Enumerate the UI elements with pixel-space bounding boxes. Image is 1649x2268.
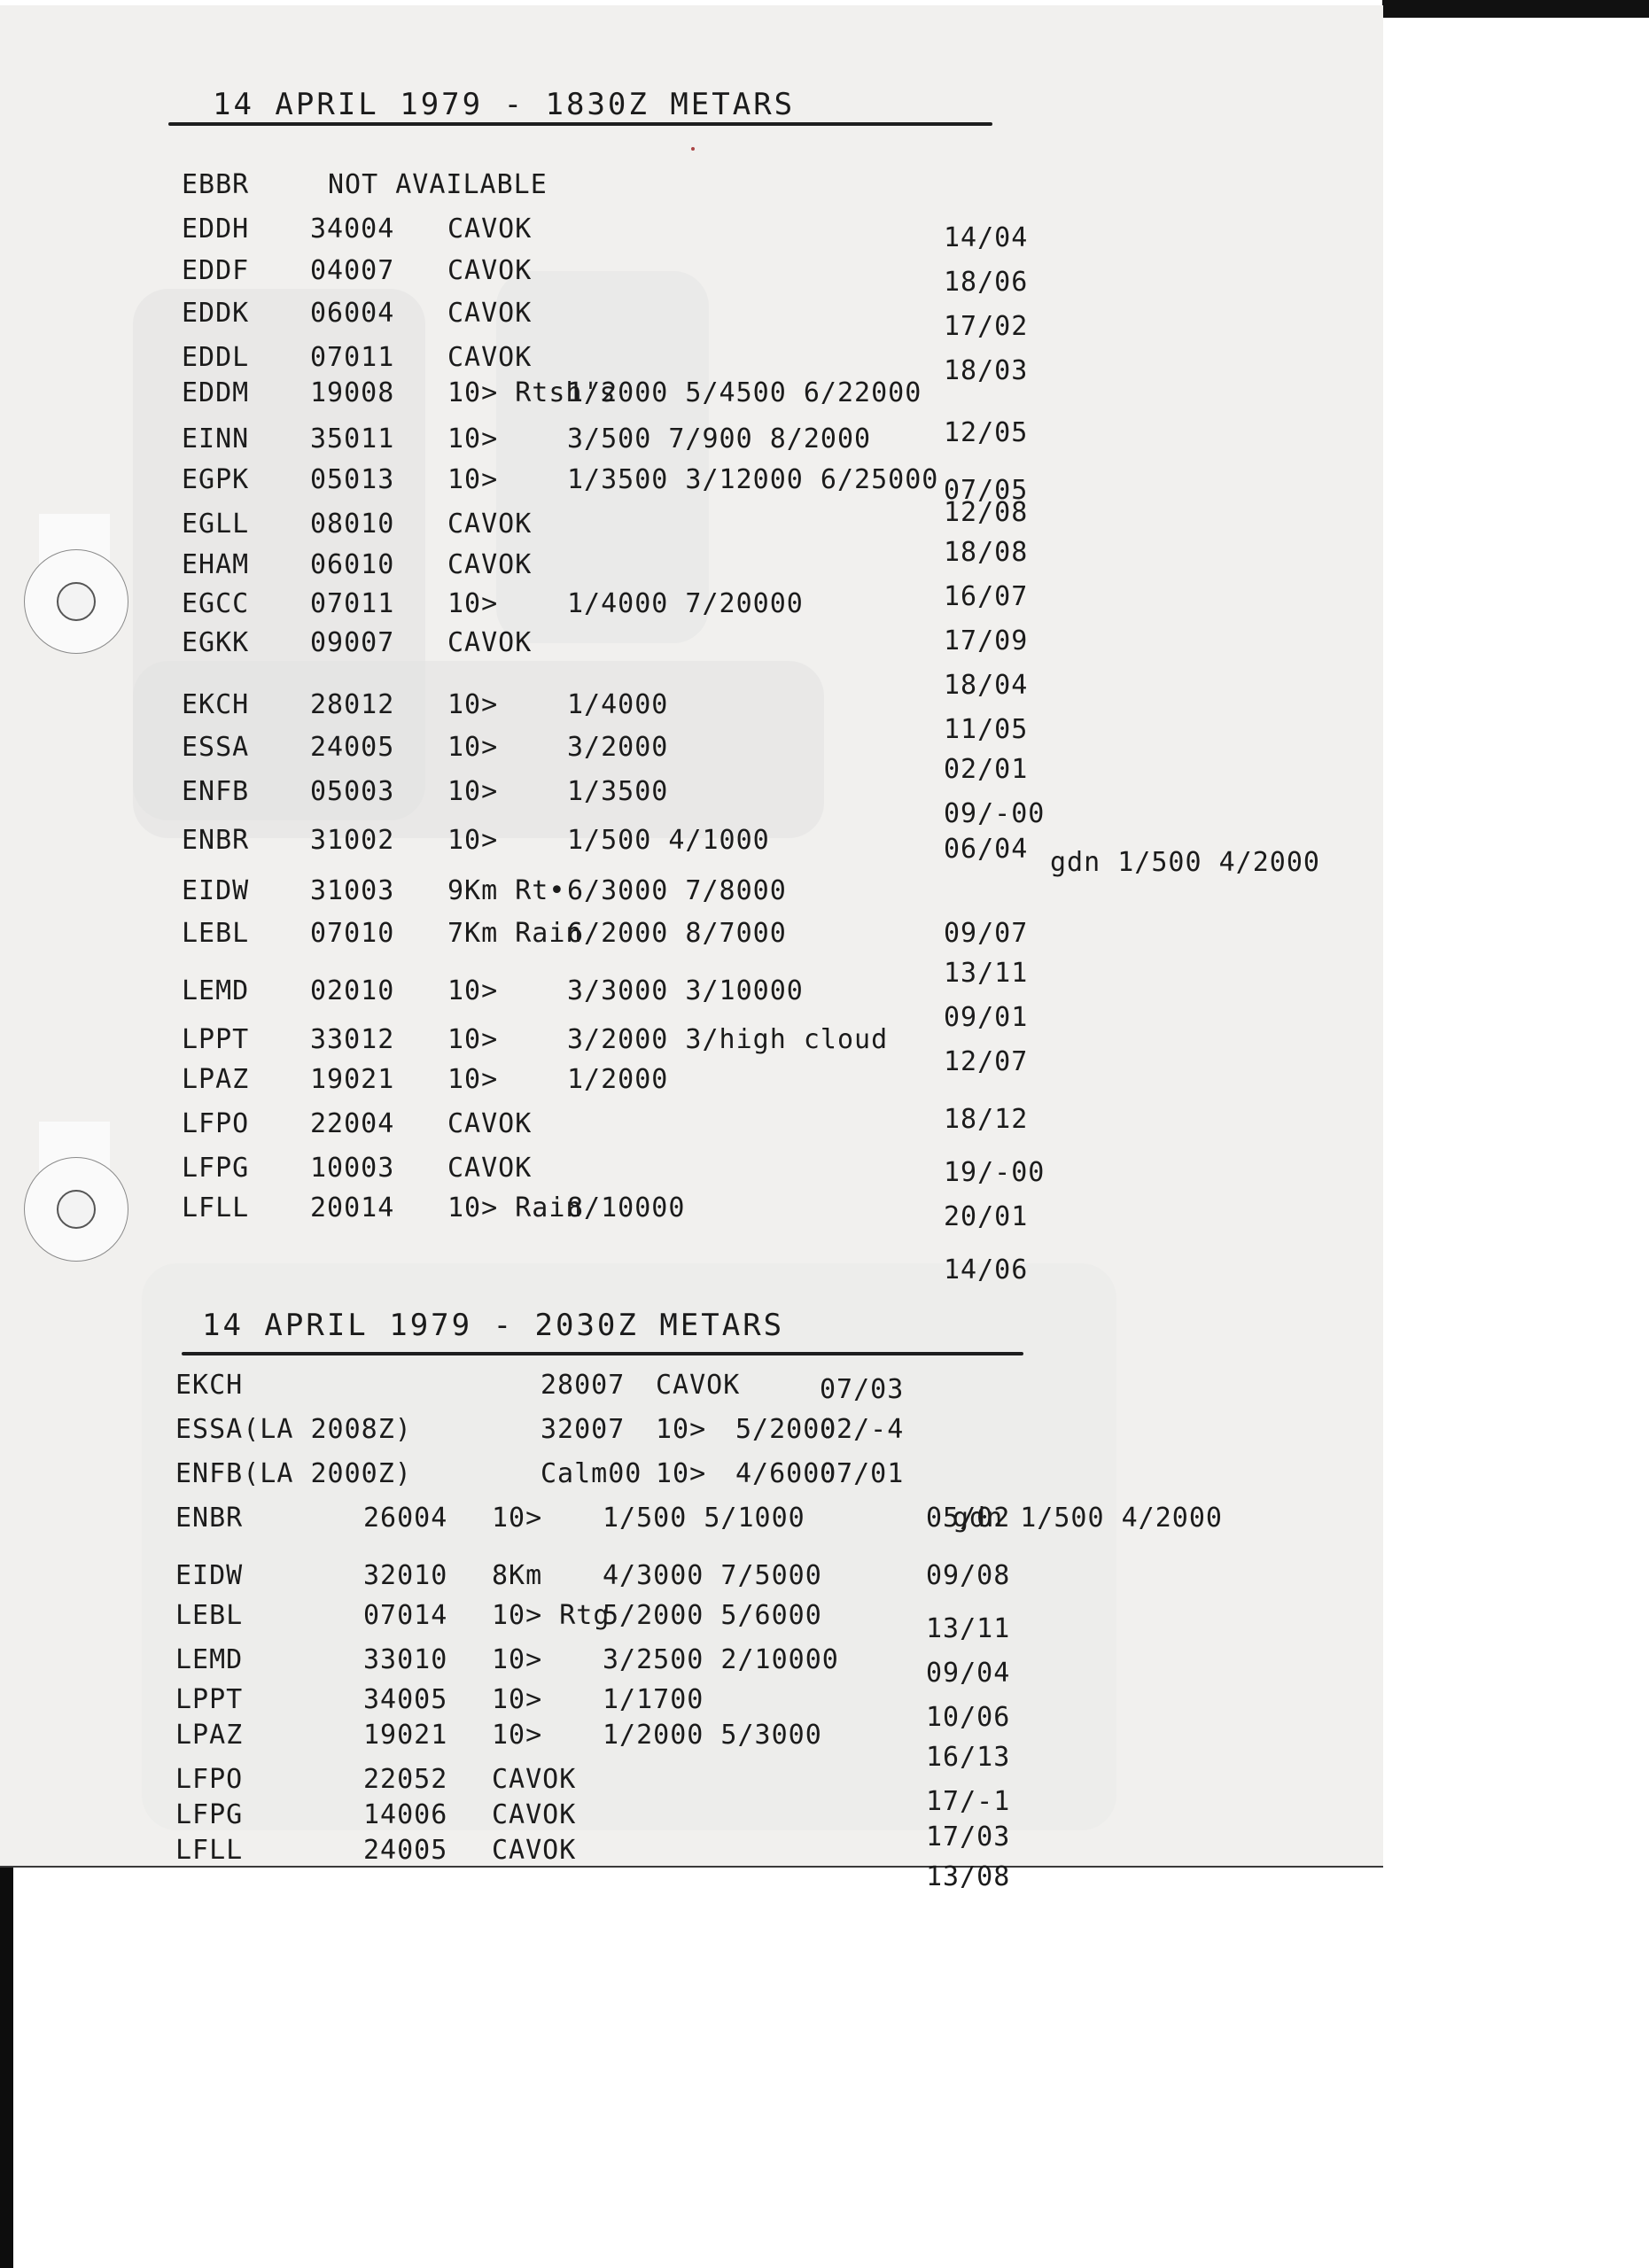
metar-wind: 06004 [310, 298, 394, 329]
metar-temp-dew: 14/06 [944, 1254, 1028, 1285]
metar-wind: 06010 [310, 549, 394, 580]
metar-clouds: 3/500 7/900 8/2000 [567, 423, 871, 454]
metar-wind: 04007 [310, 255, 394, 286]
metar-clouds: 1/500 5/1000 [603, 1503, 805, 1534]
metar-wind: 07010 [310, 918, 394, 949]
metar-station: ENFB(LA 2000Z) [175, 1458, 412, 1489]
metar-temp-dew: 19/-00 [944, 1157, 1045, 1188]
metar-station: ESSA [182, 732, 249, 763]
metar-wind: 07011 [310, 342, 394, 373]
metar-vis-wx: 10> [447, 825, 498, 856]
metar-temp-dew: 16/07 [944, 581, 1028, 612]
metar-station: EKCH [175, 1370, 243, 1401]
metar-vis-wx: CAVOK [447, 1108, 532, 1139]
metar-station: ESSA(LA 2008Z) [175, 1414, 412, 1445]
metar-station: EDDL [182, 342, 249, 373]
metar-station: EGPK [182, 464, 249, 495]
metar-wind: 19021 [310, 1064, 394, 1095]
metar-temp-dew: 18/03 [944, 355, 1028, 386]
metar-temp-dew: 13/11 [944, 958, 1028, 989]
metar-station: EGCC [182, 588, 249, 619]
metar-temp-dew: 10/06 [926, 1702, 1010, 1733]
metar-vis-wx: 10> Rain [447, 1192, 583, 1223]
metar-vis-wx: 10> [447, 776, 498, 807]
metar-clouds: 3/2500 2/10000 [603, 1644, 839, 1675]
metar-station: ENFB [182, 776, 249, 807]
metar-vis-wx: NOT AVAILABLE [328, 169, 548, 200]
metar-remark: gdn 1/500 4/2000 [953, 1503, 1223, 1534]
metar-wind: 14006 [363, 1799, 447, 1830]
metar-temp-dew: 18/08 [944, 537, 1028, 568]
metar-vis-wx: 10> [447, 689, 498, 720]
metar-wind: 07011 [310, 588, 394, 619]
metar-temp-dew: 17/02 [944, 311, 1028, 342]
metar-clouds: 1/1700 [603, 1684, 704, 1715]
ink-speck [691, 147, 695, 151]
metar-station: ENBR [175, 1503, 243, 1534]
metar-clouds: 1/3500 3/12000 6/25000 [567, 464, 938, 495]
metar-station: LPPT [175, 1684, 243, 1715]
metar-temp-dew: 12/07 [944, 1046, 1028, 1077]
metar-wind: 22052 [363, 1764, 447, 1795]
metar-temp-dew: 12/05 [944, 417, 1028, 448]
metar-station: LFPO [175, 1764, 243, 1795]
punch-hole-ring [24, 1157, 128, 1262]
punch-hole-ring [24, 549, 128, 654]
metar-temp-dew: 14/04 [944, 222, 1028, 253]
metar-temp-dew: 09/08 [926, 1560, 1010, 1591]
metar-wind: 28007 [541, 1370, 625, 1401]
metar-wind: Calm00 [541, 1458, 642, 1489]
metar-vis-wx: CAVOK [447, 509, 532, 540]
metar-temp-dew: 06/04 [944, 834, 1028, 865]
metar-clouds: 1/3500 [567, 776, 668, 807]
metar-temp-dew: 07/01 [820, 1458, 904, 1489]
metar-wind: 34005 [363, 1684, 447, 1715]
metar-station: LPAZ [182, 1064, 249, 1095]
metar-wind: 02010 [310, 975, 394, 1006]
metar-station: EDDM [182, 377, 249, 408]
metar-vis-wx: 10> [447, 1024, 498, 1055]
metar-temp-dew: 09/-00 [944, 798, 1045, 829]
metar-wind: 05013 [310, 464, 394, 495]
metar-temp-dew: 09/04 [926, 1658, 1010, 1689]
metar-station: EDDF [182, 255, 249, 286]
metar-station: ENBR [182, 825, 249, 856]
metar-station: LFPO [182, 1108, 249, 1139]
metar-vis-wx: 10> [447, 464, 498, 495]
metar-clouds: 3/2000 3/high cloud [567, 1024, 888, 1055]
metar-station: EIDW [175, 1560, 243, 1591]
metar-station: EDDK [182, 298, 249, 329]
metar-vis-wx: CAVOK [447, 214, 532, 245]
metar-remark: gdn 1/500 4/2000 [1050, 847, 1320, 878]
metar-vis-wx: CAVOK [447, 255, 532, 286]
metar-station: LPAZ [175, 1720, 243, 1751]
paper-sheet: 14 APRIL 1979 - 1830Z METARS EBBRNOT AVA… [0, 5, 1383, 1868]
metar-wind: 19021 [363, 1720, 447, 1751]
metar-wind: 10003 [310, 1153, 394, 1184]
metar-station: LFPG [182, 1153, 249, 1184]
metar-vis-wx: 10> [447, 423, 498, 454]
metar-vis-wx: 10> [656, 1414, 706, 1445]
metar-vis-wx: CAVOK [656, 1370, 740, 1401]
metar-temp-dew: 09/07 [944, 918, 1028, 949]
metar-station: EKCH [182, 689, 249, 720]
metar-vis-wx: 10> [447, 588, 498, 619]
metar-clouds: 5/2000 5/6000 [603, 1600, 822, 1631]
metar-wind: 08010 [310, 509, 394, 540]
metar-temp-dew: 07/03 [820, 1374, 904, 1405]
metar-temp-dew: 13/08 [926, 1861, 1010, 1892]
metar-wind: 28012 [310, 689, 394, 720]
metar-wind: 35011 [310, 423, 394, 454]
metar-vis-wx: 10> Rtg [492, 1600, 610, 1631]
metar-wind: 05003 [310, 776, 394, 807]
metar-station: EGLL [182, 509, 249, 540]
metar-temp-dew: 20/01 [944, 1201, 1028, 1232]
metar-vis-wx: 7Km Rain [447, 918, 583, 949]
metar-wind: 34004 [310, 214, 394, 245]
metar-station: LEBL [175, 1600, 243, 1631]
section-title-1830z: 14 APRIL 1979 - 1830Z METARS [213, 87, 795, 122]
metar-temp-dew: 09/01 [944, 1002, 1028, 1033]
metar-clouds: 1/2000 5/3000 [603, 1720, 822, 1751]
metar-wind: 07014 [363, 1600, 447, 1631]
metar-vis-wx: CAVOK [447, 1153, 532, 1184]
metar-vis-wx: 10> [447, 975, 498, 1006]
metar-station: LEBL [182, 918, 249, 949]
metar-station: EIDW [182, 875, 249, 906]
metar-station: EINN [182, 423, 249, 454]
title-underline [182, 1352, 1023, 1355]
metar-temp-dew: 17/-1 [926, 1786, 1010, 1817]
metar-temp-dew: 18/06 [944, 267, 1028, 298]
metar-vis-wx: CAVOK [447, 549, 532, 580]
metar-wind: 19008 [310, 377, 394, 408]
metar-vis-wx: CAVOK [492, 1799, 576, 1830]
title-underline [168, 122, 992, 126]
metar-wind: 32010 [363, 1560, 447, 1591]
metar-temp-dew: 13/11 [926, 1613, 1010, 1644]
metar-clouds: 6/3000 7/8000 [567, 875, 787, 906]
metar-station: LFLL [175, 1835, 243, 1866]
metar-clouds: 4/3000 7/5000 [603, 1560, 822, 1591]
metar-clouds: 1/4000 7/20000 [567, 588, 804, 619]
metar-wind: 33012 [310, 1024, 394, 1055]
section-title-2030z: 14 APRIL 1979 - 2030Z METARS [202, 1308, 784, 1343]
metar-vis-wx: CAVOK [447, 627, 532, 658]
metar-temp-dew: 17/09 [944, 625, 1028, 656]
metar-station: LFLL [182, 1192, 249, 1223]
metar-clouds: 1/2000 [567, 1064, 668, 1095]
metar-station: LEMD [175, 1644, 243, 1675]
metar-vis-wx: CAVOK [447, 342, 532, 373]
metar-vis-wx: CAVOK [492, 1835, 576, 1866]
metar-vis-wx: 10> [492, 1503, 542, 1534]
metar-station: LEMD [182, 975, 249, 1006]
metar-station: EGKK [182, 627, 249, 658]
metar-wind: 24005 [310, 732, 394, 763]
metar-wind: 22004 [310, 1108, 394, 1139]
metar-clouds: 3/3000 3/10000 [567, 975, 804, 1006]
metar-temp-dew: 16/13 [926, 1742, 1010, 1773]
metar-clouds: 1/500 4/1000 [567, 825, 770, 856]
metar-vis-wx: 10> [492, 1684, 542, 1715]
metar-temp-dew: 17/03 [926, 1821, 1010, 1852]
metar-clouds: 8/10000 [567, 1192, 685, 1223]
metar-station: LPPT [182, 1024, 249, 1055]
metar-station: LFPG [175, 1799, 243, 1830]
metar-wind: 24005 [363, 1835, 447, 1866]
metar-clouds: 3/2000 [567, 732, 668, 763]
metar-vis-wx: 10> [447, 1064, 498, 1095]
metar-vis-wx: 10> [656, 1458, 706, 1489]
metar-wind: 20014 [310, 1192, 394, 1223]
metar-vis-wx: CAVOK [447, 298, 532, 329]
scanner-edge-left [0, 1865, 13, 2268]
metar-temp-dew: 18/12 [944, 1104, 1028, 1135]
metar-clouds: 1/2000 5/4500 6/22000 [567, 377, 922, 408]
metar-vis-wx: 10> [492, 1720, 542, 1751]
metar-vis-wx: 9Km Rt• [447, 875, 565, 906]
metar-vis-wx: CAVOK [492, 1764, 576, 1795]
metar-station: EDDH [182, 214, 249, 245]
metar-wind: 32007 [541, 1414, 625, 1445]
metar-clouds: 1/4000 [567, 689, 668, 720]
metar-temp-dew: 02/-4 [820, 1414, 904, 1445]
metar-temp-dew: 02/01 [944, 754, 1028, 785]
metar-temp-dew: 12/08 [944, 497, 1028, 528]
metar-station: EBBR [182, 169, 249, 200]
metar-wind: 09007 [310, 627, 394, 658]
metar-wind: 33010 [363, 1644, 447, 1675]
metar-wind: 31002 [310, 825, 394, 856]
metar-temp-dew: 11/05 [944, 714, 1028, 745]
metar-wind: 31003 [310, 875, 394, 906]
metar-clouds: 6/2000 8/7000 [567, 918, 787, 949]
metar-station: EHAM [182, 549, 249, 580]
metar-vis-wx: 8Km [492, 1560, 542, 1591]
metar-temp-dew: 18/04 [944, 670, 1028, 701]
metar-vis-wx: 10> [492, 1644, 542, 1675]
scanner-edge-top [1382, 0, 1649, 18]
metar-vis-wx: 10> [447, 732, 498, 763]
metar-wind: 26004 [363, 1503, 447, 1534]
